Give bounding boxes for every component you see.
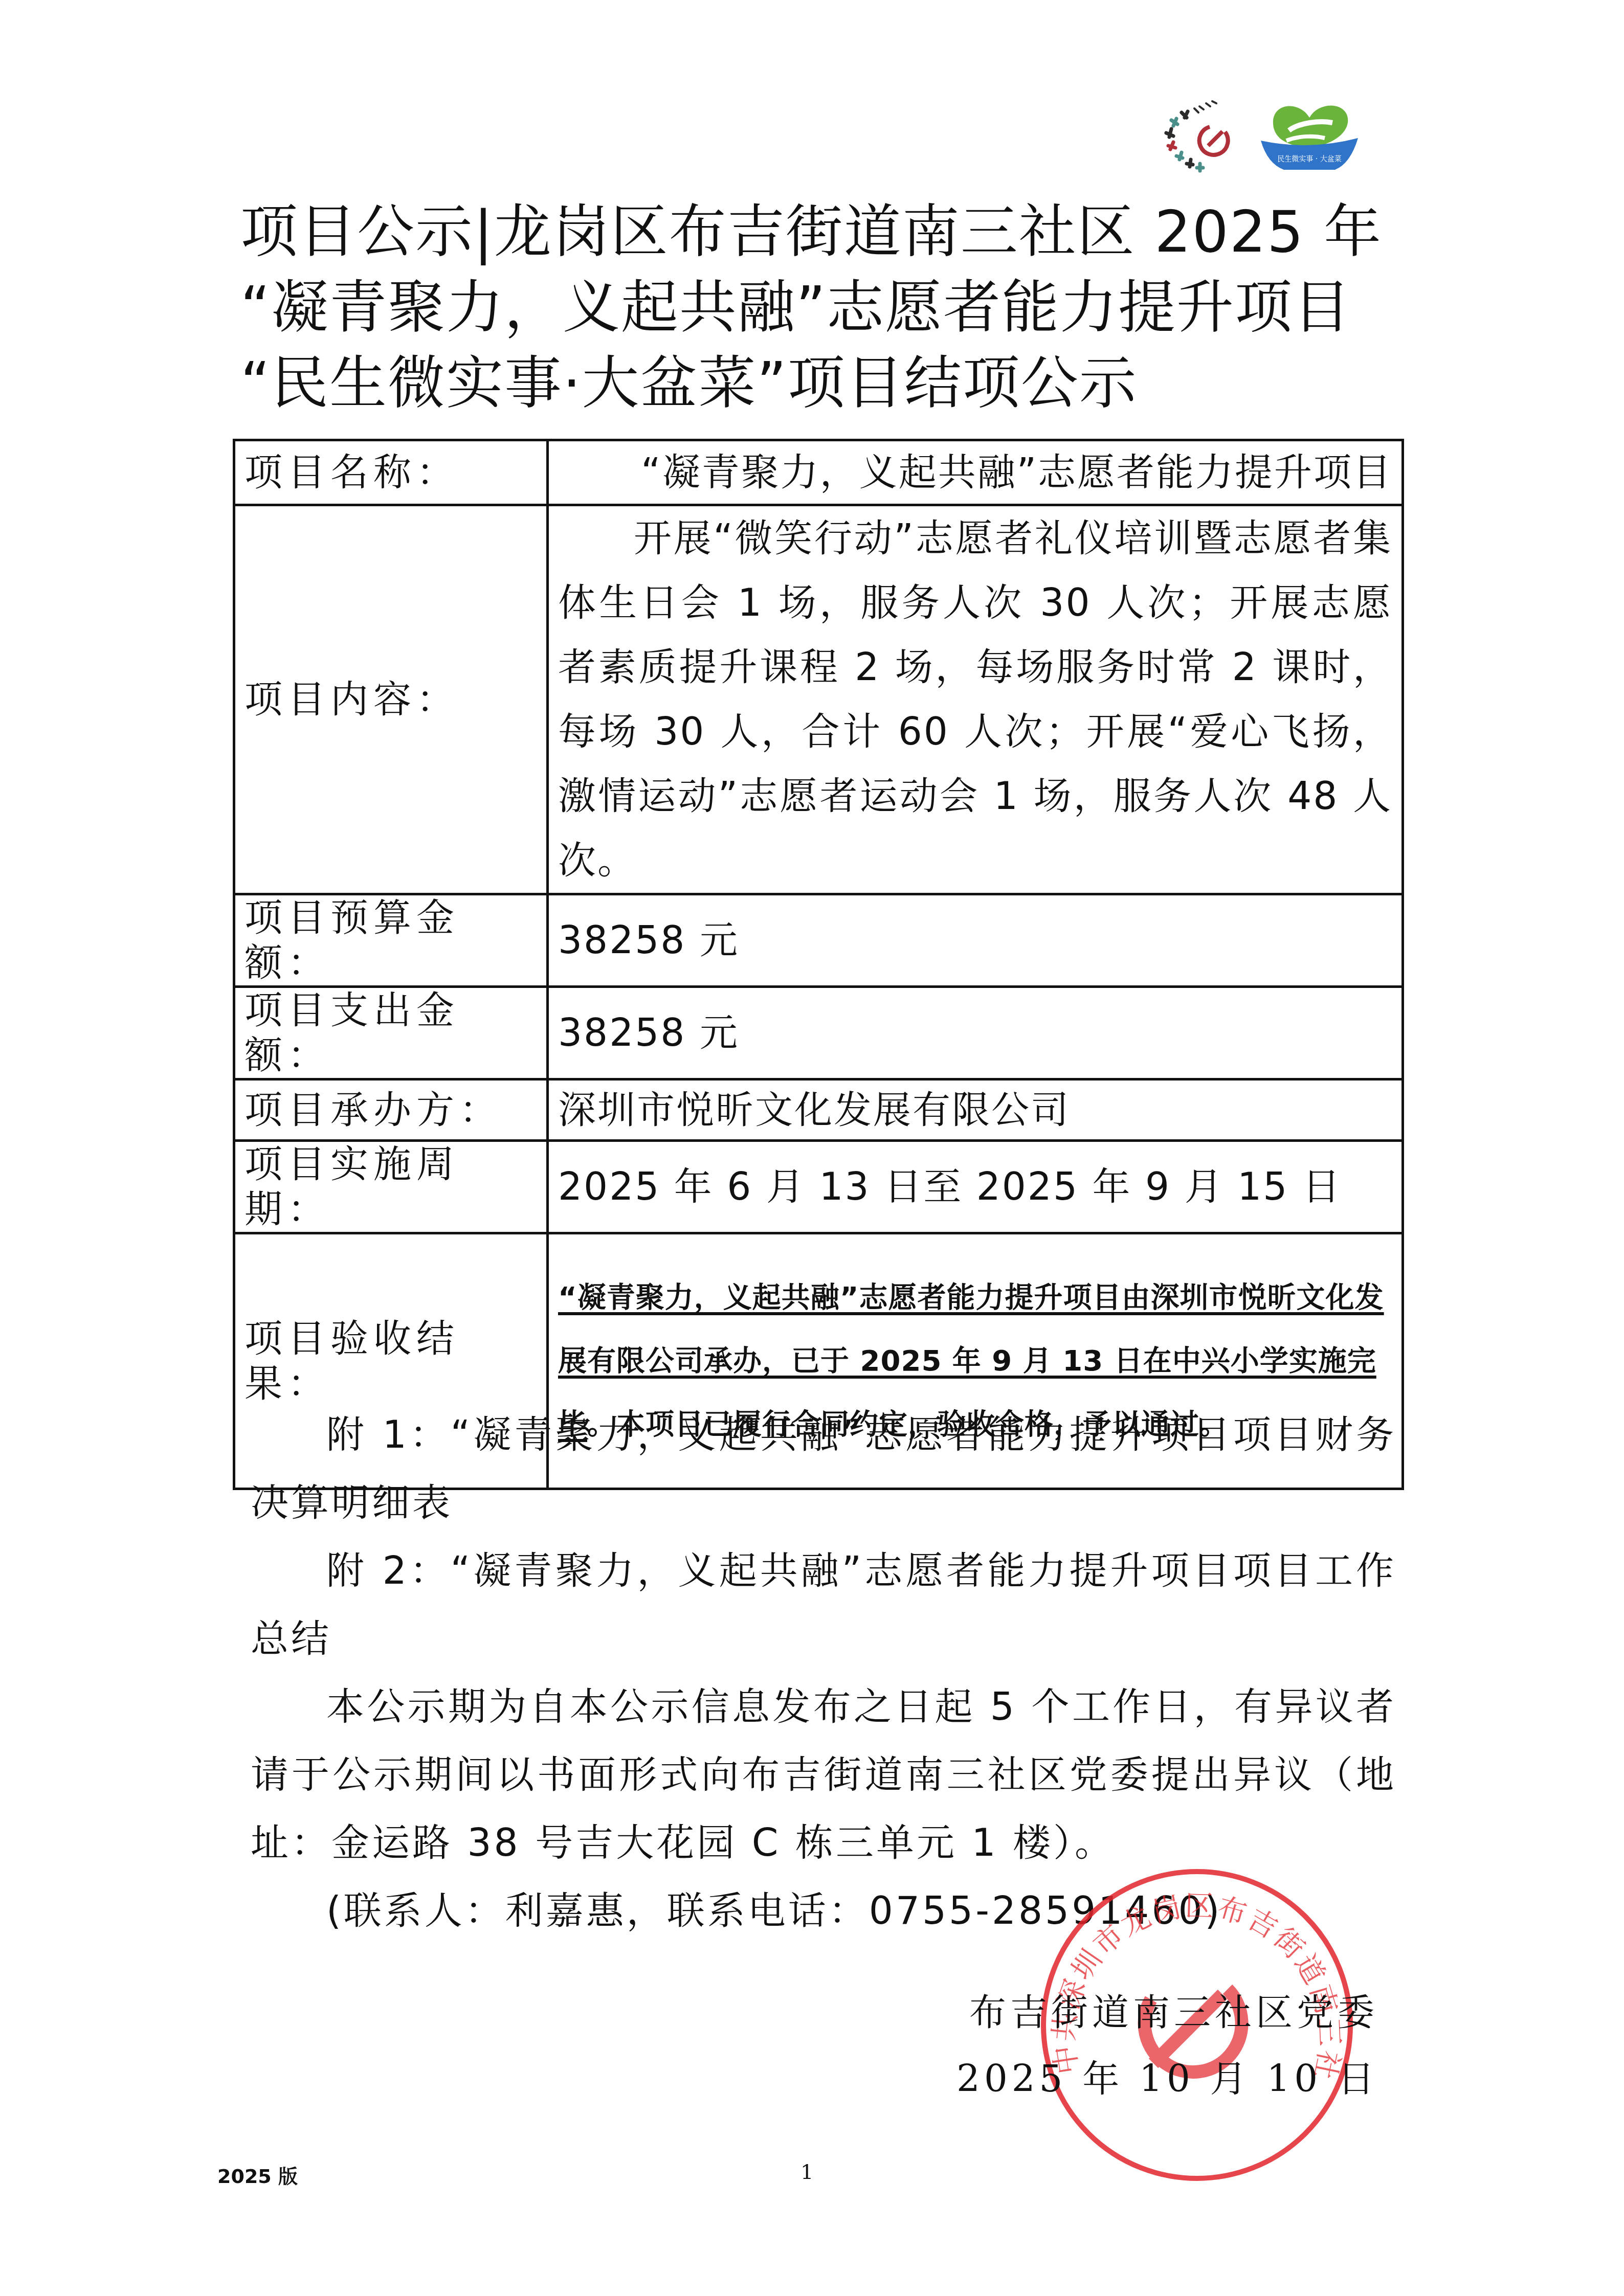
volunteer-heart-party-logo xyxy=(1161,97,1243,174)
edition-label: 2025 版 xyxy=(217,2160,298,2189)
title-line-2: “凝青聚力，义起共融”志愿者能力提升项目 xyxy=(240,270,1417,346)
signature-block: 布吉街道南三社区党委 2025 年 10 月 10 日 xyxy=(956,1979,1378,2112)
contractor-value: 深圳市悦昕文化发展有限公司 xyxy=(548,1079,1403,1141)
attachment-2: 附 2：“凝青聚力，义起共融”志愿者能力提升项目项目工作总结 xyxy=(251,1537,1396,1673)
budget-amount-value: 38258 元 xyxy=(548,894,1403,987)
signature-date: 2025 年 10 月 10 日 xyxy=(956,2045,1378,2112)
table-row: 项目预算金额： 38258 元 xyxy=(234,894,1403,987)
page-title: 项目公示|龙岗区布吉街道南三社区 2025 年 “凝青聚力，义起共融”志愿者能力… xyxy=(240,194,1417,421)
row-label: 项目支出金额： xyxy=(234,987,548,1079)
row-label: 项目承办方： xyxy=(234,1079,548,1141)
project-content-value: 开展“微笑行动”志愿者礼仪培训暨志愿者集体生日会 1 场，服务人次 30 人次；… xyxy=(548,505,1403,894)
project-name-value: “凝青聚力，义起共融”志愿者能力提升项目 xyxy=(548,440,1403,505)
attachment-1: 附 1：“凝青聚力，义起共融”志愿者能力提升项目项目财务决算明细表 xyxy=(251,1401,1396,1537)
notice-text: 本公示期为自本公示信息发布之日起 5 个工作日，有异议者请于公示期间以书面形式向… xyxy=(251,1673,1396,1877)
header-logos: 民生微实事 · 大盆菜 xyxy=(1161,97,1376,189)
minsheng-dapencai-logo: 民生微实事 · 大盆菜 xyxy=(1258,97,1361,174)
title-line-1: 项目公示|龙岗区布吉街道南三社区 2025 年 xyxy=(240,194,1417,270)
row-label: 项目实施周期： xyxy=(234,1141,548,1233)
row-label: 项目名称： xyxy=(234,440,548,505)
table-row: 项目名称： “凝青聚力，义起共融”志愿者能力提升项目 xyxy=(234,440,1403,505)
project-info-table: 项目名称： “凝青聚力，义起共融”志愿者能力提升项目 项目内容： 开展“微笑行动… xyxy=(233,439,1404,1490)
table-row: 项目实施周期： 2025 年 6 月 13 日至 2025 年 9 月 15 日 xyxy=(234,1141,1403,1233)
period-value: 2025 年 6 月 13 日至 2025 年 9 月 15 日 xyxy=(548,1141,1403,1233)
table-row: 项目承办方： 深圳市悦昕文化发展有限公司 xyxy=(234,1079,1403,1141)
title-line-3: “民生微实事·大盆菜”项目结项公示 xyxy=(240,346,1417,421)
expense-amount-value: 38258 元 xyxy=(548,987,1403,1079)
table-row: 项目支出金额： 38258 元 xyxy=(234,987,1403,1079)
page-number: 1 xyxy=(800,2160,813,2184)
project-content-text: 开展“微笑行动”志愿者礼仪培训暨志愿者集体生日会 1 场，服务人次 30 人次；… xyxy=(558,506,1392,893)
row-label: 项目预算金额： xyxy=(234,894,548,987)
table-row: 项目内容： 开展“微笑行动”志愿者礼仪培训暨志愿者集体生日会 1 场，服务人次 … xyxy=(234,505,1403,894)
svg-text:民生微实事 · 大盆菜: 民生微实事 · 大盆菜 xyxy=(1277,154,1341,163)
row-label: 项目内容： xyxy=(234,505,548,894)
signature-org: 布吉街道南三社区党委 xyxy=(956,1979,1378,2045)
